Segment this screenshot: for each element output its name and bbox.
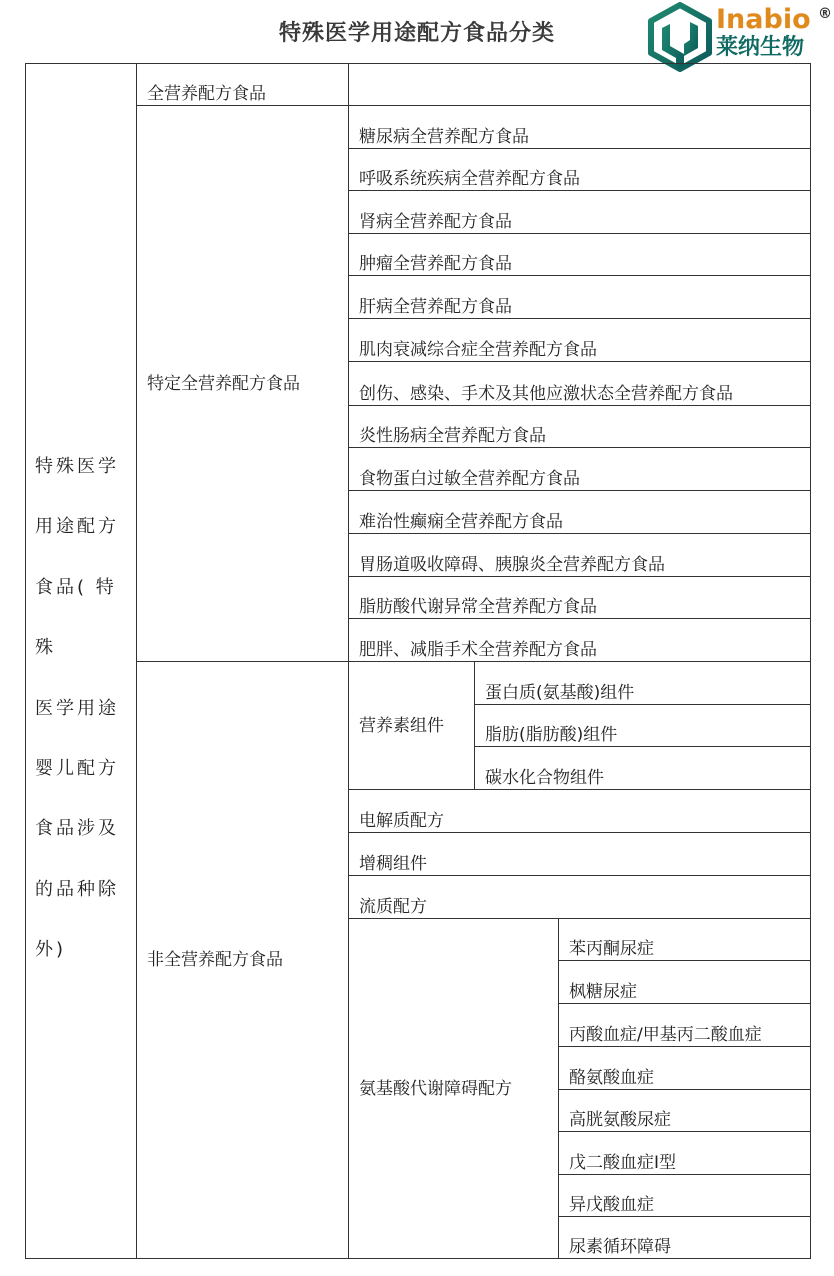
item-label: 戊二酸血症I型 (569, 1153, 676, 1173)
root-category-text: 特殊医学 用途配方 食品( 特殊 医学用途 婴儿配方 食品涉及 的品种除 外) (35, 437, 135, 981)
root-line: 用途配方 (35, 497, 135, 557)
item-row: 肝病全营养配方食品 (348, 275, 811, 319)
item-label: 难治性癫痫全营养配方食品 (359, 512, 563, 532)
item-label: 肝病全营养配方食品 (359, 297, 512, 317)
item-row: 蛋白质(氨基酸)组件 (474, 661, 811, 705)
item-row: 脂肪(脂肪酸)组件 (474, 704, 811, 747)
group-cell-amino-acid-disorder: 氨基酸代谢障碍配方 (348, 918, 559, 1259)
item-row: 苯丙酮尿症 (558, 918, 811, 961)
root-line: 的品种除 (35, 860, 135, 920)
root-line: 食品涉及 (35, 799, 135, 859)
root-line: 医学用途 (35, 679, 135, 739)
item-row: 丙酸血症/甲基丙二酸血症 (558, 1003, 811, 1047)
item-label: 炎性肠病全营养配方食品 (359, 426, 546, 446)
category-cell-specific-full-nutrition: 特定全营养配方食品 (136, 105, 349, 662)
item-label: 肾病全营养配方食品 (359, 212, 512, 232)
item-row: 碳水化合物组件 (474, 746, 811, 790)
item-row: 糖尿病全营养配方食品 (348, 105, 811, 149)
root-line: 婴儿配方 (35, 739, 135, 799)
item-row: 戊二酸血症I型 (558, 1131, 811, 1175)
item-row: 高胱氨酸尿症 (558, 1089, 811, 1132)
item-label: 碳水化合物组件 (485, 768, 604, 788)
item-label: 胃肠道吸收障碍、胰腺炎全营养配方食品 (359, 555, 665, 575)
item-label: 糖尿病全营养配方食品 (359, 127, 529, 147)
item-row: 肿瘤全营养配方食品 (348, 233, 811, 276)
item-label: 脂肪酸代谢异常全营养配方食品 (359, 597, 597, 617)
category-label: 非全营养配方食品 (147, 950, 283, 970)
item-row: 异戊酸血症 (558, 1174, 811, 1217)
group-label: 电解质配方 (359, 811, 444, 831)
item-row: 食物蛋白过敏全营养配方食品 (348, 447, 811, 491)
group-cell-nutrient-module: 营养素组件 (348, 661, 475, 790)
root-category-cell: 特殊医学 用途配方 食品( 特殊 医学用途 婴儿配方 食品涉及 的品种除 外) (25, 63, 137, 1259)
item-label: 肿瘤全营养配方食品 (359, 254, 512, 274)
root-line: 特殊医学 (35, 437, 135, 497)
item-label: 酪氨酸血症 (569, 1068, 654, 1088)
item-label: 异戊酸血症 (569, 1195, 654, 1215)
item-row: 尿素循环障碍 (558, 1216, 811, 1259)
item-row: 肾病全营养配方食品 (348, 190, 811, 234)
item-label: 呼吸系统疾病全营养配方食品 (359, 169, 580, 189)
item-label: 枫糖尿症 (569, 982, 637, 1002)
group-label: 增稠组件 (359, 854, 427, 874)
group-label: 营养素组件 (359, 716, 444, 736)
group-label: 流质配方 (359, 897, 427, 917)
group-cell-liquid: 流质配方 (348, 875, 811, 919)
item-label: 苯丙酮尿症 (569, 939, 654, 959)
item-row: 呼吸系统疾病全营养配方食品 (348, 148, 811, 191)
item-label: 肥胖、减脂手术全营养配方食品 (359, 640, 597, 660)
item-label: 食物蛋白过敏全营养配方食品 (359, 469, 580, 489)
item-row: 炎性肠病全营养配方食品 (348, 405, 811, 448)
empty-cell (348, 63, 811, 106)
root-line: 食品( 特殊 (35, 558, 135, 679)
category-label: 特定全营养配方食品 (147, 374, 300, 394)
item-row: 酪氨酸血症 (558, 1046, 811, 1090)
group-cell-electrolyte: 电解质配方 (348, 789, 811, 833)
item-label: 创伤、感染、手术及其他应激状态全营养配方食品 (359, 384, 733, 404)
item-row: 难治性癫痫全营养配方食品 (348, 490, 811, 534)
item-label: 蛋白质(氨基酸)组件 (485, 683, 634, 703)
item-row: 胃肠道吸收障碍、胰腺炎全营养配方食品 (348, 533, 811, 577)
group-cell-thickener: 增稠组件 (348, 832, 811, 876)
category-cell-full-nutrition: 全营养配方食品 (136, 63, 349, 106)
item-label: 丙酸血症/甲基丙二酸血症 (569, 1025, 762, 1045)
item-label: 尿素循环障碍 (569, 1237, 671, 1257)
item-row: 肌肉衰减综合症全营养配方食品 (348, 318, 811, 362)
category-label: 全营养配方食品 (147, 84, 266, 104)
item-row: 枫糖尿症 (558, 960, 811, 1004)
root-line: 外) (35, 920, 135, 980)
classification-table: 特殊医学 用途配方 食品( 特殊 医学用途 婴儿配方 食品涉及 的品种除 外) … (0, 0, 834, 1276)
group-label: 氨基酸代谢障碍配方 (359, 1079, 512, 1099)
category-cell-non-full-nutrition: 非全营养配方食品 (136, 661, 349, 1259)
item-label: 肌肉衰减综合症全营养配方食品 (359, 340, 597, 360)
item-row: 脂肪酸代谢异常全营养配方食品 (348, 576, 811, 619)
item-row: 肥胖、减脂手术全营养配方食品 (348, 618, 811, 662)
item-label: 脂肪(脂肪酸)组件 (485, 725, 617, 745)
item-row: 创伤、感染、手术及其他应激状态全营养配方食品 (348, 361, 811, 406)
item-label: 高胱氨酸尿症 (569, 1110, 671, 1130)
